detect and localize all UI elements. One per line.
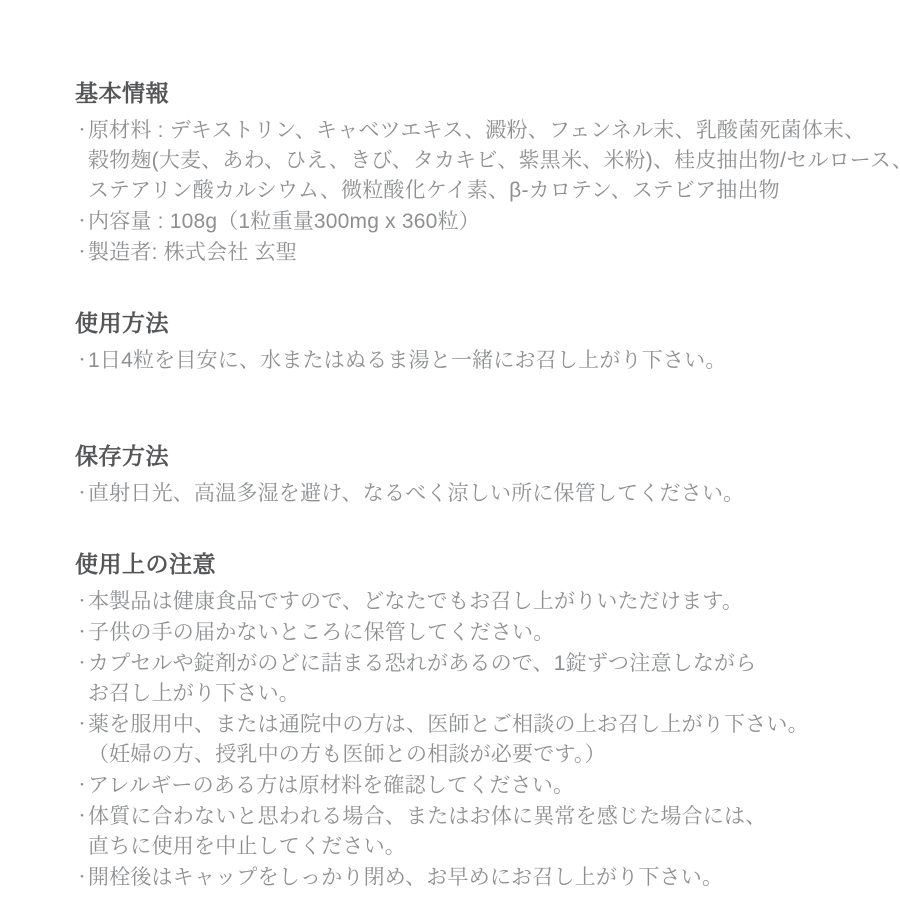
line-text: カプセルや錠剤がのどに詰まる恐れがあるので、1錠ずつ注意しながら [88,652,756,675]
line-text: 1日4粒を目安に、水またはぬるま湯と一緒にお召し上がり下さい。 [88,349,727,372]
section-usage-method: 使用方法・1日4粒を目安に、水またはぬるま湯と一緒にお召し上がり下さい。 [75,308,870,376]
info-line: ・本製品は健康食品ですので、どなたでもお召し上がりいただけます。 [75,586,870,617]
info-line-continuation: （妊婦の方、授乳中の方も医師との相談が必要です。） [75,740,870,770]
section-heading-basic-info: 基本情報 [75,78,870,108]
info-line-continuation: 直ちに使用を中止してください。 [75,832,870,862]
line-text: （妊婦の方、授乳中の方も医師との相談が必要です。） [88,743,606,766]
bullet-icon: ・ [75,345,88,375]
product-info-sheet: 基本情報・原材料 : デキストリン、キャベツエキス、澱粉、フェンネル末、乳酸菌死… [0,0,900,900]
info-line: ・内容量 : 108g（1粒重量300mg x 360粒） [75,206,870,237]
section-storage-method: 保存方法・直射日光、高温多湿を避け、なるべく涼しい所に保管してください。 [75,441,870,509]
info-line-continuation: ステアリン酸カルシウム、微粒酸化ケイ素、β-カロテン、ステビア抽出物 [75,176,870,206]
bullet-icon: ・ [75,770,88,800]
line-text: 穀物麹(大麦、あわ、ひえ、きび、タカキビ、紫黒米、米粉)、桂皮抽出物/セルロース… [88,149,900,172]
line-text: 製造者: 株式会社 玄聖 [88,241,297,264]
line-text: ステアリン酸カルシウム、微粒酸化ケイ素、β-カロテン、ステビア抽出物 [88,179,780,202]
info-line: ・1日4粒を目安に、水またはぬるま湯と一緒にお召し上がり下さい。 [75,345,870,376]
section-heading-usage-method: 使用方法 [75,308,870,338]
line-text: 開栓後はキャップをしっかり閉め、お早めにお召し上がり下さい。 [88,866,723,889]
line-text: 本製品は健康食品ですので、どなたでもお召し上がりいただけます。 [88,590,743,613]
info-line: ・体質に合わないと思われる場合、またはお体に異常を感じた場合には、 [75,801,870,832]
info-line: ・直射日光、高温多湿を避け、なるべく涼しい所に保管してください。 [75,478,870,509]
bullet-icon: ・ [75,709,88,739]
info-line: ・開栓後はキャップをしっかり閉め、お早めにお召し上がり下さい。 [75,862,870,893]
section-heading-precautions: 使用上の注意 [75,549,870,579]
line-text: 直射日光、高温多湿を避け、なるべく涼しい所に保管してください。 [88,482,744,505]
bullet-icon: ・ [75,478,88,508]
bullet-icon: ・ [75,617,88,647]
info-line: ・子供の手の届かないところに保管してください。 [75,617,870,648]
line-text: 内容量 : 108g（1粒重量300mg x 360粒） [88,210,480,233]
section-heading-storage-method: 保存方法 [75,441,870,471]
line-text: アレルギーのある方は原材料を確認してください。 [88,774,574,797]
info-line-continuation: お召し上がり下さい。 [75,679,870,709]
bullet-icon: ・ [75,648,88,678]
line-text: 子供の手の届かないところに保管してください。 [88,621,554,644]
bullet-icon: ・ [75,801,88,831]
info-line: ・カプセルや錠剤がのどに詰まる恐れがあるので、1錠ずつ注意しながら [75,648,870,679]
line-text: 直ちに使用を中止してください。 [88,835,406,858]
section-basic-info: 基本情報・原材料 : デキストリン、キャベツエキス、澱粉、フェンネル末、乳酸菌死… [75,78,870,268]
line-text: 体質に合わないと思われる場合、またはお体に異常を感じた場合には、 [88,805,766,828]
info-line: ・製造者: 株式会社 玄聖 [75,237,870,268]
info-line: ・アレルギーのある方は原材料を確認してください。 [75,770,870,801]
bullet-icon: ・ [75,115,88,145]
line-text: 原材料 : デキストリン、キャベツエキス、澱粉、フェンネル末、乳酸菌死菌体末、 [88,119,865,142]
line-text: お召し上がり下さい。 [88,682,300,705]
info-line: ・薬を服用中、または通院中の方は、医師とご相談の上お召し上がり下さい。 [75,709,870,740]
bullet-icon: ・ [75,586,88,616]
info-line: ・原材料 : デキストリン、キャベツエキス、澱粉、フェンネル末、乳酸菌死菌体末、 [75,115,870,146]
bullet-icon: ・ [75,237,88,267]
section-precautions: 使用上の注意・本製品は健康食品ですので、どなたでもお召し上がりいただけます。・子… [75,549,870,893]
bullet-icon: ・ [75,862,88,892]
line-text: 薬を服用中、または通院中の方は、医師とご相談の上お召し上がり下さい。 [88,713,809,736]
info-line-continuation: 穀物麹(大麦、あわ、ひえ、きび、タカキビ、紫黒米、米粉)、桂皮抽出物/セルロース… [75,146,870,176]
bullet-icon: ・ [75,206,88,236]
